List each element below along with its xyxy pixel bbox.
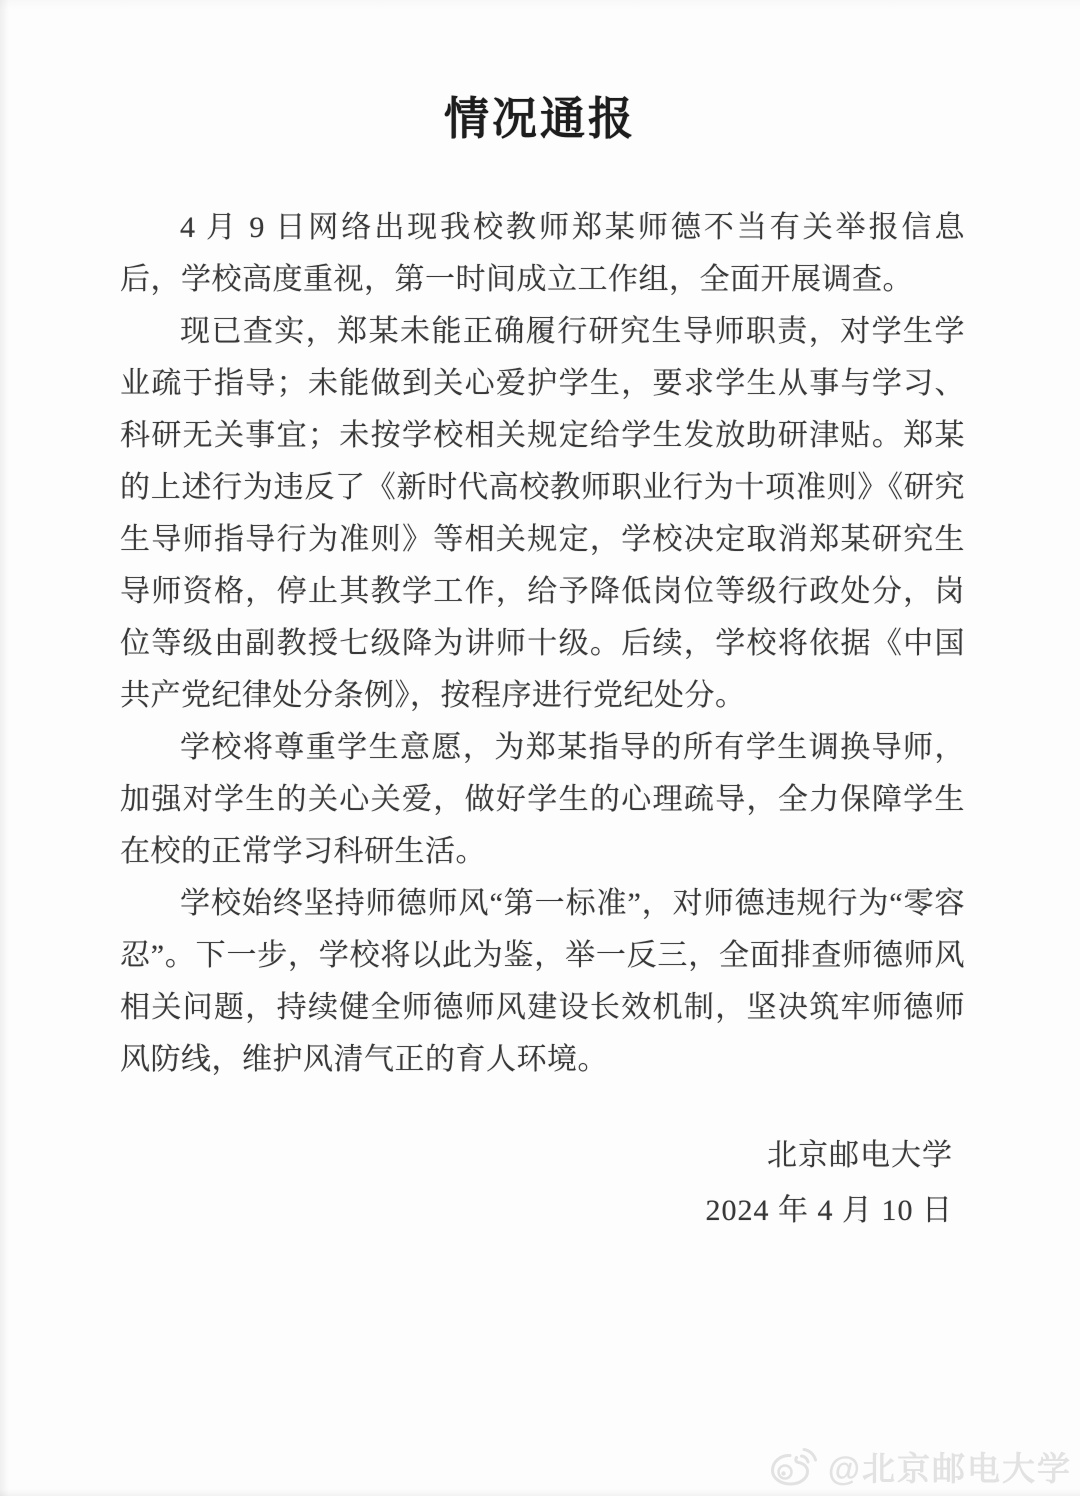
watermark-text: @北京邮电大学 (828, 1443, 1072, 1490)
paragraph-commitment: 学校始终坚持师德师风“第一标准”，对师德违规行为“零容忍”。下一步，学校将以此为… (120, 878, 965, 1086)
paragraph-student-measures: 学校将尊重学生意愿，为郑某指导的所有学生调换导师，加强对学生的关心关爱，做好学生… (120, 722, 965, 878)
weibo-watermark: @北京邮电大学 (768, 1443, 1072, 1490)
paragraph-intro: 4 月 9 日网络出现我校教师郑某师德不当有关举报信息后，学校高度重视，第一时间… (120, 202, 965, 306)
document-title: 情况通报 (0, 0, 1080, 144)
signature-organization: 北京邮电大学 (0, 1128, 953, 1183)
document-body: 4 月 9 日网络出现我校教师郑某师德不当有关举报信息后，学校高度重视，第一时间… (0, 202, 1080, 1086)
paragraph-findings: 现已查实，郑某未能正确履行研究生导师职责，对学生学业疏于指导；未能做到关心爱护学… (120, 306, 965, 722)
weibo-icon (768, 1446, 820, 1488)
notice-document-page: 情况通报 4 月 9 日网络出现我校教师郑某师德不当有关举报信息后，学校高度重视… (0, 0, 1080, 1496)
signature-block: 北京邮电大学 2024 年 4 月 10 日 (0, 1128, 1080, 1238)
signature-date: 2024 年 4 月 10 日 (0, 1183, 953, 1238)
